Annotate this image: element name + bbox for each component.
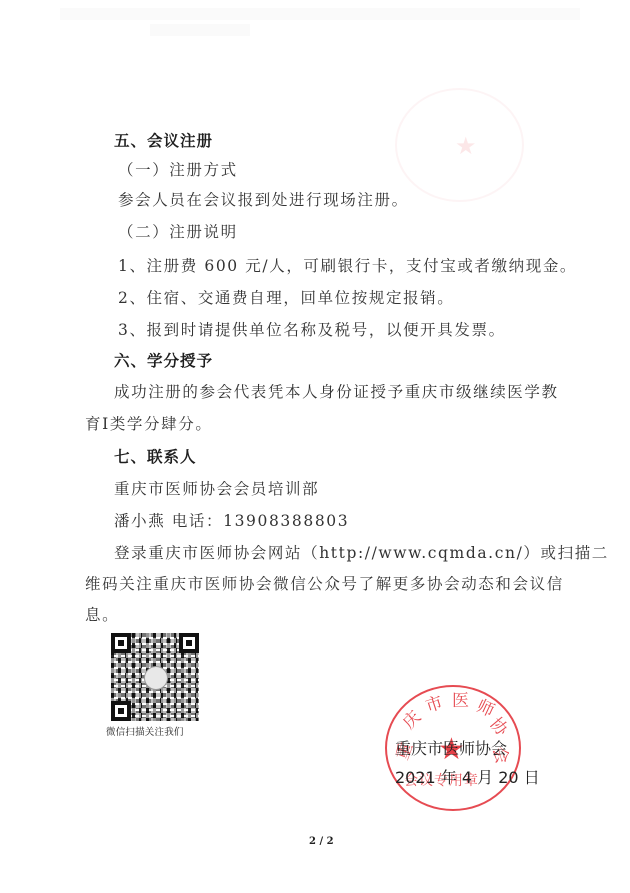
qr-finder-pattern	[179, 633, 199, 653]
list-item-invoice: 3、报到时请提供单位名称及税号，以便开具发票。	[118, 320, 506, 340]
paragraph-line: 参会人员在会议报到处进行现场注册。	[118, 190, 409, 210]
association-logo-icon	[144, 666, 168, 690]
list-item-accommodation: 2、住宿、交通费自理，回单位按规定报销。	[118, 288, 454, 308]
bleed-through-band	[60, 8, 580, 20]
contact-person-phone: 潘小燕 电话：13908388803	[114, 511, 349, 531]
section-heading-credits: 六、学分授予	[114, 351, 213, 371]
signature-date: 2021 年 4 月 20 日	[395, 765, 540, 788]
section-heading-contact: 七、联系人	[114, 447, 197, 467]
bleed-through-star-icon: ★	[455, 132, 477, 160]
contact-department: 重庆市医师协会会员培训部	[114, 479, 319, 499]
paragraph-line: 成功注册的参会代表凭本人身份证授予重庆市级继续医学教	[114, 382, 559, 402]
qr-finder-pattern	[111, 701, 131, 721]
paragraph-line: 育Ⅰ类学分肆分。	[85, 414, 212, 434]
qr-caption: 微信扫描关注我们	[106, 724, 184, 738]
list-item-fee: 1、注册费 600 元/人，可刷银行卡，支付宝或者缴纳现金。	[118, 256, 577, 276]
section-heading-registration: 五、会议注册	[114, 131, 213, 151]
subsection-title-method: （一）注册方式	[118, 160, 238, 180]
page-number: 2 / 2	[309, 836, 334, 847]
paragraph-line-website: 登录重庆市医师协会网站（http://www.cqmda.cn/）或扫描二	[114, 543, 609, 563]
qr-finder-pattern	[111, 633, 131, 653]
seal-char: 医	[452, 686, 469, 711]
paragraph-line: 息。	[85, 605, 119, 625]
wechat-qr-code	[111, 633, 199, 721]
paragraph-line: 维码关注重庆市医师协会微信公众号了解更多协会动态和会议信	[85, 574, 564, 594]
signature-organization: 重庆市医师协会	[395, 736, 507, 759]
subsection-title-notes: （二）注册说明	[118, 222, 238, 242]
bleed-through-band	[150, 24, 250, 36]
document-page: ★ 五、会议注册 （一）注册方式 参会人员在会议报到处进行现场注册。 （二）注册…	[0, 0, 630, 893]
